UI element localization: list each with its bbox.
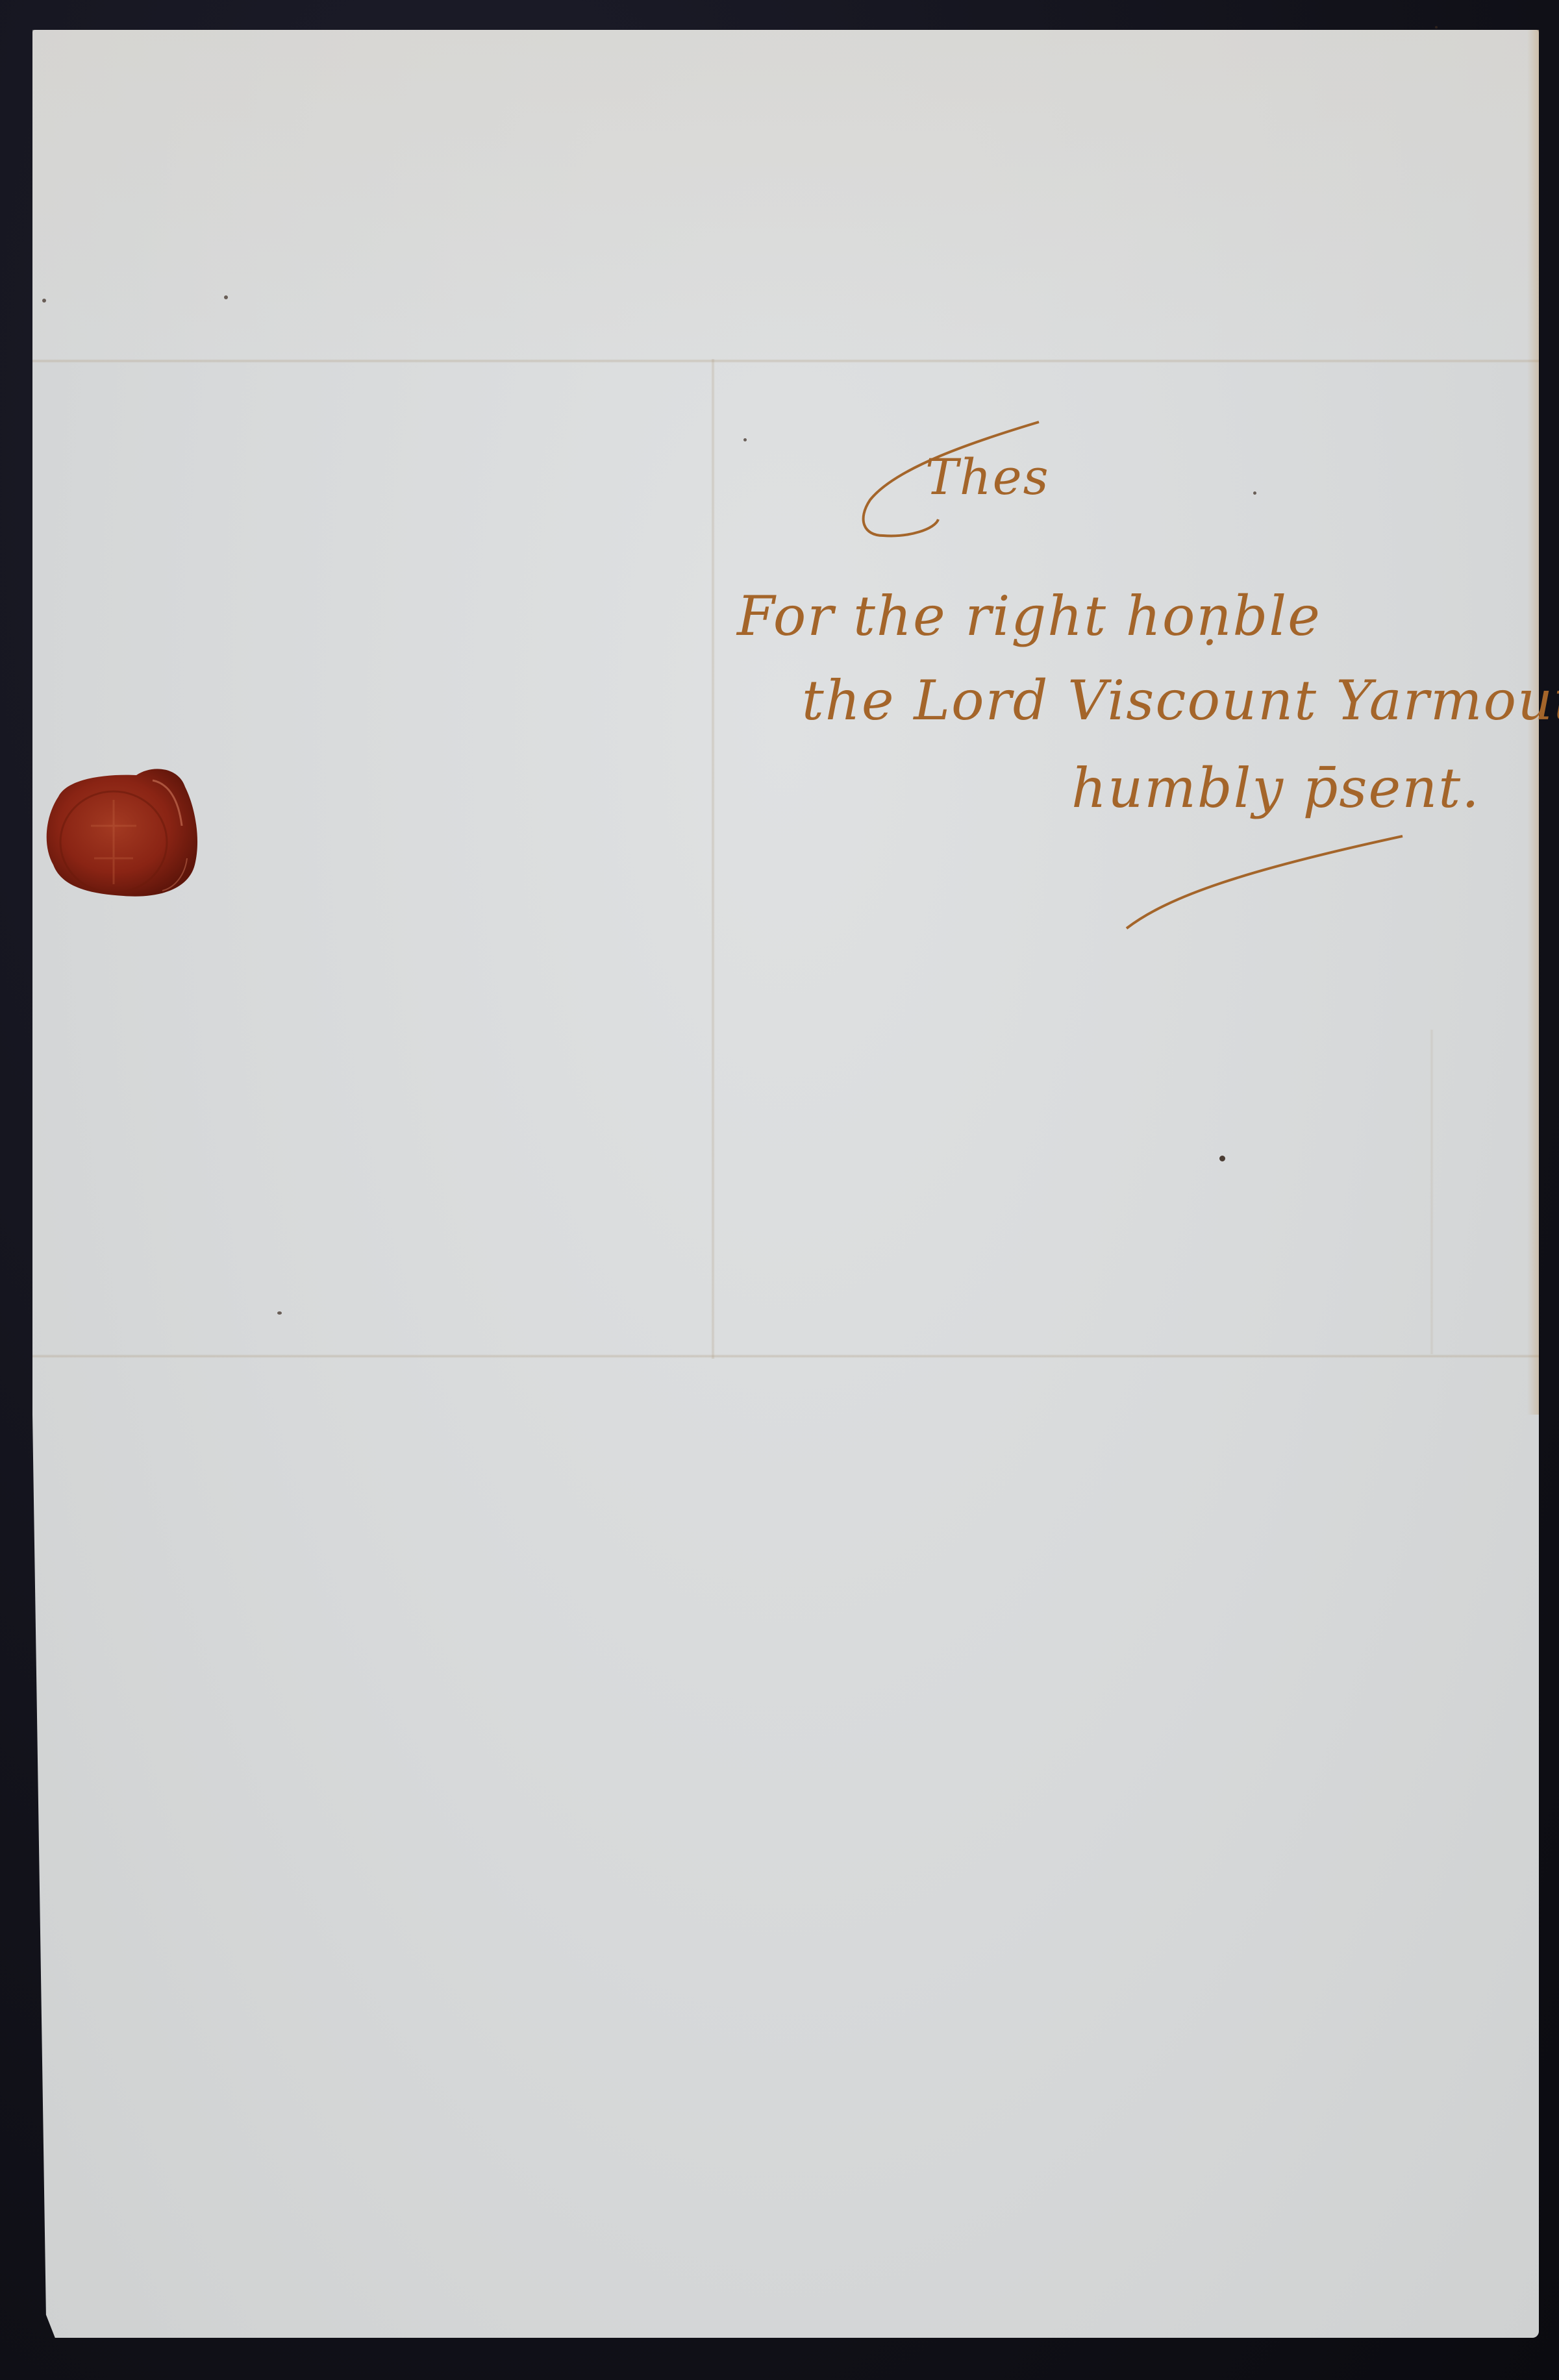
paper-speck <box>277 1311 282 1315</box>
fold-line-top <box>32 359 1539 363</box>
letter-sheet <box>32 30 1539 2338</box>
paper-speck <box>1253 491 1256 495</box>
fold-line-vertical-right <box>1430 1030 1434 1354</box>
paper-speck <box>224 295 228 299</box>
fold-line-middle <box>32 1354 1539 1358</box>
paper-speck <box>743 438 747 441</box>
paper-speck <box>42 299 46 303</box>
fold-line-vertical-center <box>711 359 715 1359</box>
paper-speck <box>1219 1156 1225 1161</box>
wax-seal-icon <box>39 761 201 900</box>
top-fold-panel <box>32 30 1539 361</box>
paper-speck <box>1435 26 1438 29</box>
